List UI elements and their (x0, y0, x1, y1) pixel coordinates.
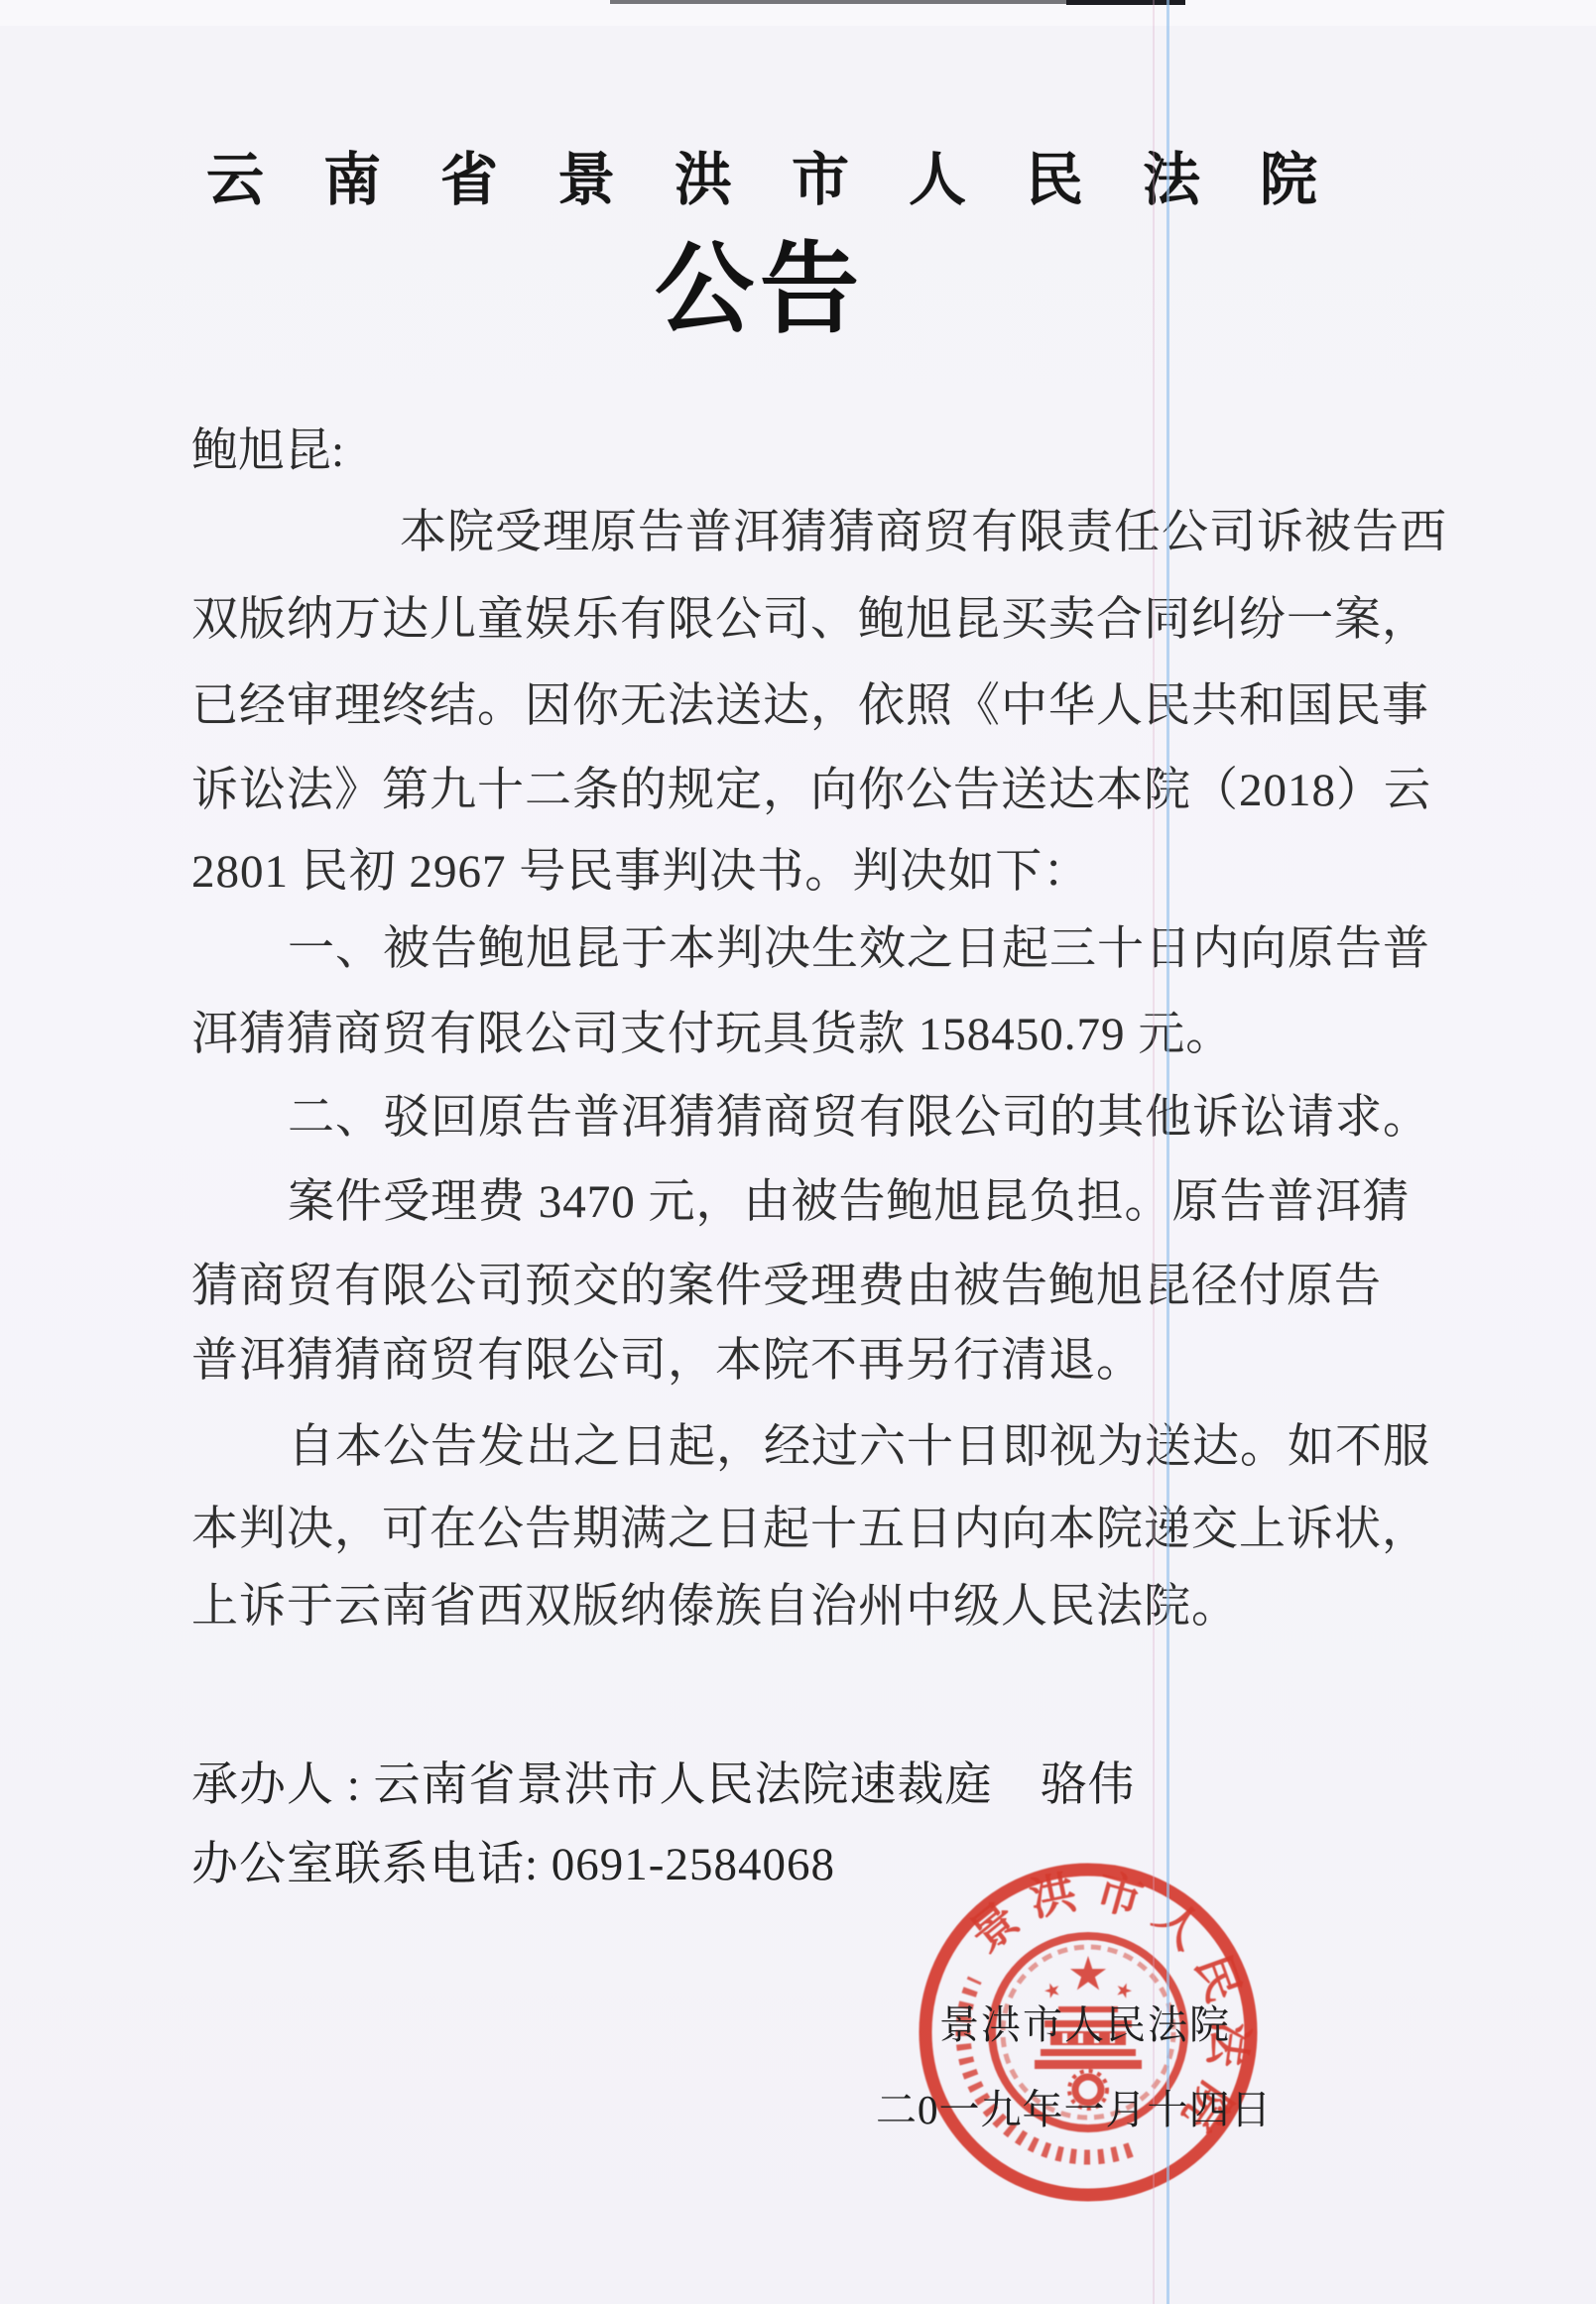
scan-streak-blue (1166, 0, 1169, 2304)
body-line: 洱猜猜商贸有限公司支付玩具货款 158450.79 元。 (191, 1008, 1233, 1061)
case-handler-line: 承办人 : 云南省景洪市人民法院速裁庭 骆伟 (191, 1748, 1136, 1814)
body-line: 二、驳回原告普洱猜猜商贸有限公司的其他诉讼请求。 (288, 1091, 1430, 1145)
salutation: 鲍旭昆: (191, 424, 344, 478)
court-title: 云南省景洪市人民法院 (206, 149, 1377, 212)
body-line: 案件受理费 3470 元，由被告鲍旭昆负担。原告普洱猜 (288, 1175, 1411, 1229)
emblem-big-star (1070, 1956, 1106, 1990)
seal-court-name-overlay: 景洪市人民法院 (939, 1994, 1231, 2050)
body-line: 自本公告发出之日起，经过六十日即视为送达。如不服 (288, 1420, 1430, 1474)
scanned-court-notice-page: 云南省景洪市人民法院 公告 鲍旭昆: 本院受理原告普洱猜猜商贸有限责任公司诉被告… (0, 0, 1596, 2304)
body-line: 一、被告鲍旭昆于本判决生效之日起三十日内向原告普 (288, 922, 1430, 976)
body-line: 已经审理终结。因你无法送达，依照《中华人民共和国民事 (191, 679, 1429, 733)
body-line: 双版纳万达儿童娱乐有限公司、鲍旭昆买卖合同纠纷一案， (191, 593, 1429, 647)
doc-type-heading: 公告 (655, 236, 865, 345)
office-phone-line: 办公室联系电话: 0691-2584068 (191, 1827, 835, 1893)
body-line: 诉讼法》第九十二条的规定，向你公告送达本院（2018）云 (191, 764, 1431, 817)
body-line: 本判决，可在公告期满之日起十五日内向本院递交上诉状， (191, 1503, 1429, 1556)
body-line: 上诉于云南省西双版纳傣族自治州中级人民法院。 (191, 1580, 1239, 1634)
body-line: 普洱猜猜商贸有限公司，本院不再另行清退。 (191, 1334, 1144, 1388)
scan-streak-pink (1153, 0, 1155, 2304)
body-line: 本院受理原告普洱猜猜商贸有限责任公司诉被告西 (400, 506, 1447, 559)
body-line: 猜商贸有限公司预交的案件受理费由被告鲍旭昆径付原告 (191, 1260, 1382, 1313)
scan-edge-artifact (610, 0, 1066, 4)
document-date: 二0一九年一月十四日 (876, 2077, 1273, 2135)
body-line: 2801 民初 2967 号民事判决书。判决如下： (191, 845, 1090, 899)
